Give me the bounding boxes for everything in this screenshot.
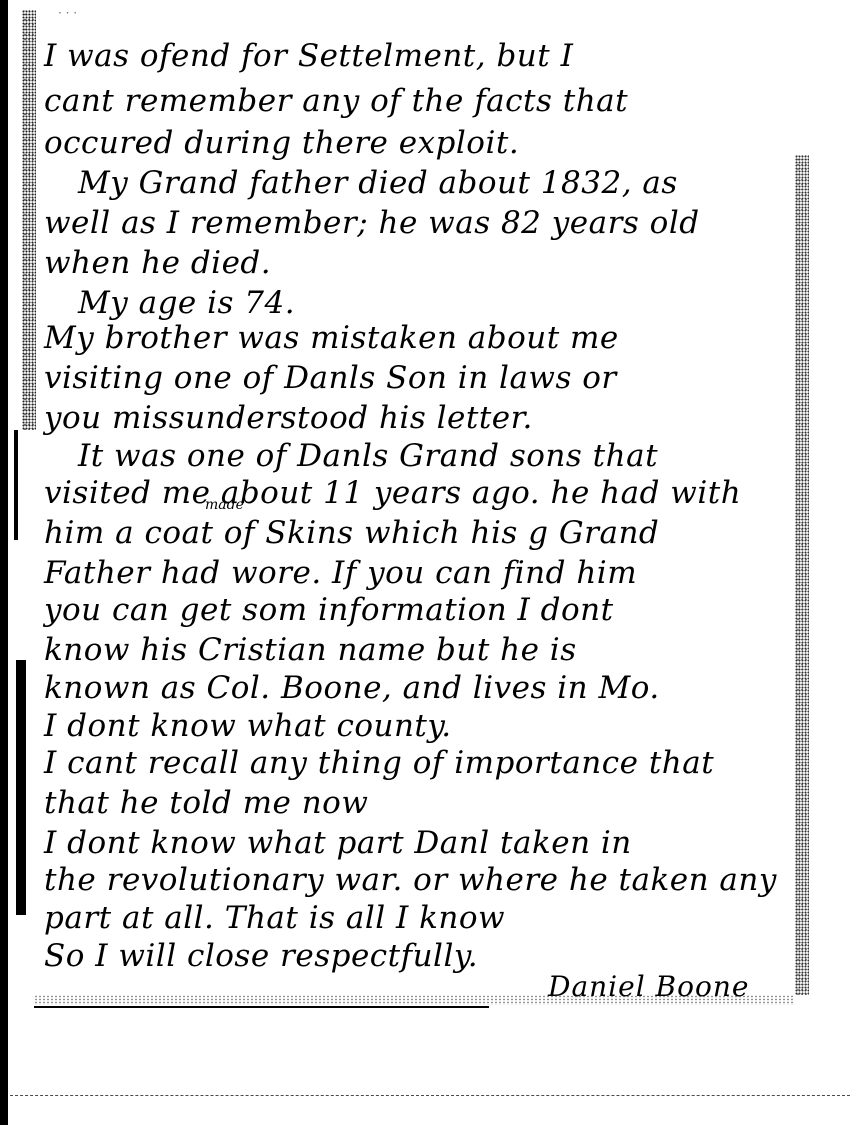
- letter-line-2: cant remember any of the facts that: [44, 83, 628, 119]
- letter-line-24: So I will close respectfully.: [44, 938, 478, 974]
- letter-line-3: occured during there exploit.: [44, 125, 519, 161]
- letter-line-11: It was one of Danls Grand sons that: [78, 438, 658, 474]
- letter-line-17: known as Col. Boone, and lives in Mo.: [44, 670, 660, 706]
- letter-line-4: My Grand father died about 1832, as: [78, 165, 678, 201]
- letter-line-19: I cant recall any thing of importance th…: [44, 745, 714, 781]
- letter-line-10: you missunderstood his letter.: [44, 400, 533, 436]
- scan-bar-left: [14, 430, 18, 540]
- letter-line-5: well as I remember; he was 82 years old: [44, 205, 700, 241]
- letter-line-16: know his Cristian name but he is: [44, 632, 577, 668]
- letter-line-12: visited me about 11 years ago. he had wi…: [44, 475, 741, 511]
- letter-line-14: Father had wore. If you can find him: [44, 555, 637, 591]
- letter-line-23: part at all. That is all I know: [44, 900, 505, 936]
- scan-rule-bottom: [34, 1006, 489, 1008]
- letter-line-18: I dont know what county.: [44, 708, 452, 744]
- binding-strip-right: [795, 155, 809, 995]
- letter-line-13: him a coat of Skins which his g Grand: [44, 515, 659, 551]
- scan-bar-left-lower: [16, 660, 26, 915]
- letter-line-22: the revolutionary war. or where he taken…: [44, 862, 777, 898]
- scanned-letter-page: · · · I was ofend for Settelment, but I …: [0, 0, 850, 1125]
- letter-line-6: when he died.: [44, 245, 271, 281]
- binding-strip-left: [22, 10, 36, 430]
- insertion-made: made: [205, 497, 244, 513]
- letter-line-15: you can get som information I dont: [44, 592, 614, 628]
- scan-noise-bottom: [34, 995, 794, 1005]
- letter-line-21: I dont know what part Danl taken in: [44, 825, 632, 861]
- letter-line-20: that he told me now: [44, 785, 368, 821]
- letter-line-7: My age is 74.: [78, 285, 295, 321]
- letter-line-8: My brother was mistaken about me: [44, 320, 619, 356]
- letter-line-1: I was ofend for Settelment, but I: [44, 38, 573, 74]
- letter-line-9: visiting one of Danls Son in laws or: [44, 360, 617, 396]
- scan-noise: · · ·: [58, 6, 77, 20]
- scan-edge-left: [0, 0, 8, 1125]
- page-footer-rule: [0, 1095, 850, 1097]
